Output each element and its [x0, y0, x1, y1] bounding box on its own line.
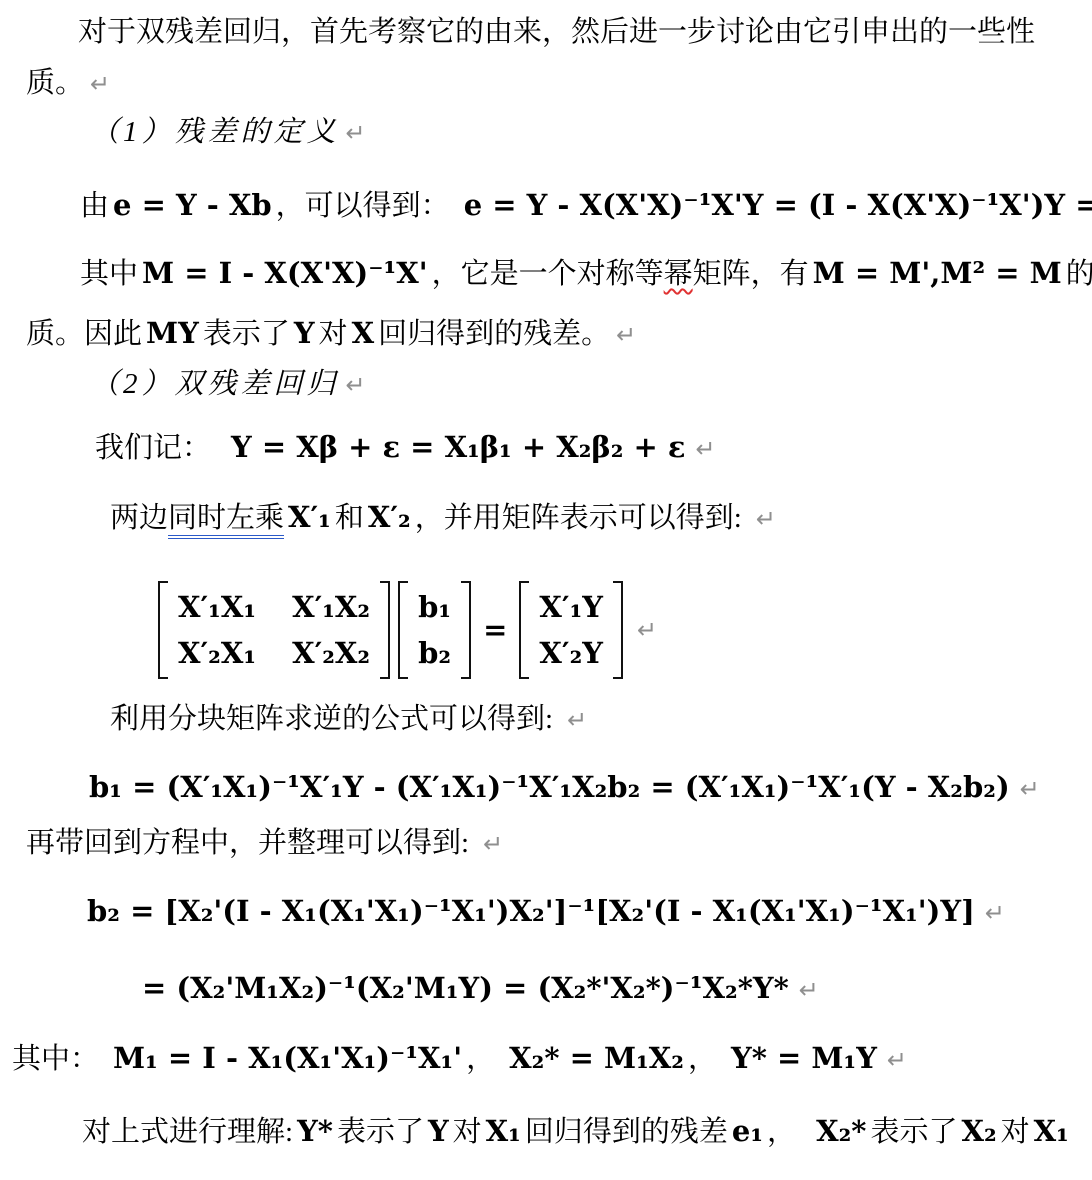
l9-math-2: X′₂	[368, 500, 411, 534]
l4-math-2: e = Y - X(X'X)⁻¹X'Y = (I - X(X'X)⁻¹X')Y …	[464, 188, 1092, 222]
l17-math-2: Y	[428, 1114, 449, 1148]
matrix-cell-a21: X′₂X₁	[178, 637, 256, 669]
l6-math-3: X	[352, 316, 375, 350]
matrix-cell-b1: b₁	[418, 591, 451, 623]
l17-math-3: X₁	[486, 1114, 521, 1148]
l16-pre: 其中：	[12, 1043, 99, 1075]
matrix-rhs-vector: X′₁Y X′₂Y	[519, 581, 623, 679]
l17-text-3: 回归得到的残差	[525, 1116, 728, 1148]
l6-post: 回归得到的残差。	[378, 318, 610, 350]
matrix-cell-a11: X′₁X₁	[178, 591, 256, 623]
matrix-cell-a12: X′₁X₂	[292, 591, 370, 623]
l17-text-6: 对	[1001, 1116, 1030, 1148]
paragraph-mark-icon: ↵	[567, 706, 587, 734]
heading-two-stage-regression: （2）双残差回归↵	[90, 364, 366, 405]
l16-math-3: Y* = M₁Y	[731, 1041, 877, 1075]
matrix-b-vector: b₁ b₂	[398, 581, 471, 679]
formula-b1: b₁ = (X′₁X₁)⁻¹X′₁Y - (X′₁X₁)⁻¹X′₁X₂b₂ = …	[85, 767, 1040, 809]
l6-math-2: Y	[294, 316, 315, 350]
line-substitute-back: 再带回到方程中，并整理可以得到:↵	[26, 823, 503, 864]
l16-math-1: M₁ = I - X₁(X₁'X₁)⁻¹X₁'	[113, 1041, 462, 1075]
intro-text-1: 对于双残差回归，首先考察它的由来，然后进一步讨论由它引申出的一些性	[78, 16, 1035, 48]
l9-post: ，并用矩阵表示可以得到:	[415, 502, 742, 534]
l6-text-1: 表示了	[203, 318, 290, 350]
line-interpretation: 对上式进行理解:Y*表示了Y对X₁回归得到的残差e₁，X₂*表示了X₂对X₁	[82, 1111, 1073, 1152]
paragraph-mark-icon: ↵	[887, 1046, 907, 1074]
paragraph-mark-icon: ↵	[90, 70, 110, 98]
l17-math-7: X₁	[1034, 1114, 1069, 1148]
l9-pre: 两边	[110, 502, 168, 534]
l6-text-2: 对	[319, 318, 348, 350]
matrix-coefficients: X′₁X₁ X′₁X₂ X′₂X₁ X′₂X₂	[158, 581, 390, 679]
heading1-text: （1）残差的定义	[90, 116, 340, 148]
l6-math-1: MY	[146, 316, 199, 350]
line-m-residual: 质。因此MY表示了Y对X回归得到的残差。↵	[26, 313, 636, 355]
paragraph-mark-icon: ↵	[637, 616, 657, 644]
l5-spellcheck-word: 幂	[664, 258, 693, 290]
line-premultiply: 两边同时左乘X′₁和X′₂，并用矩阵表示可以得到:↵	[110, 497, 776, 539]
paragraph-mark-icon: ↵	[616, 321, 636, 349]
line-block-inverse: 利用分块矩阵求逆的公式可以得到:↵	[110, 699, 587, 740]
l5-mid: ，它是一个对称等	[432, 258, 664, 290]
l9-math-1: X′₁	[288, 500, 331, 534]
l13-text: 再带回到方程中，并整理可以得到:	[26, 827, 469, 859]
l17-math-6: X₂	[961, 1114, 996, 1148]
l4-mid: ，可以得到：	[276, 190, 450, 222]
document-page: 对于双残差回归，首先考察它的由来，然后进一步讨论由它引申出的一些性 质。↵ （1…	[0, 0, 1092, 1180]
l17-text-1: 表示了	[337, 1116, 424, 1148]
l5-pre: 其中	[80, 258, 138, 290]
heading2-text: （2）双残差回归	[90, 368, 340, 400]
paragraph-mark-icon: ↵	[346, 119, 366, 147]
l17-text-2: 对	[453, 1116, 482, 1148]
formula-b2: b₂ = [X₂'(I - X₁(X₁'X₁)⁻¹X₁')X₂']⁻¹[X₂'(…	[83, 891, 1005, 933]
formula-residual-derivation: 由e = Y - Xb，可以得到：e = Y - X(X'X)⁻¹X'Y = (…	[80, 185, 1092, 227]
matrix-cell-a22: X′₂X₂	[292, 637, 370, 669]
paragraph-mark-icon: ↵	[799, 976, 819, 1004]
paragraph-mark-icon: ↵	[346, 371, 366, 399]
l5-math-1: M = I - X(X'X)⁻¹X'	[142, 256, 428, 290]
line-definitions: 其中：M₁ = I - X₁(X₁'X₁)⁻¹X₁'，X₂* = M₁X₂，Y*…	[12, 1038, 907, 1080]
intro-text-2: 质。	[26, 67, 84, 99]
l5-mid-2: 矩阵，有	[693, 258, 809, 290]
l5-math-2: M = M',M² = M	[813, 256, 1062, 290]
l17-math-4: e₁	[732, 1114, 763, 1148]
l14-math: b₂ = [X₂'(I - X₁(X₁'X₁)⁻¹X₁')X₂']⁻¹[X₂'(…	[87, 894, 975, 928]
intro-line-1: 对于双残差回归，首先考察它的由来，然后进一步讨论由它引申出的一些性	[78, 12, 1035, 52]
l16-math-2: X₂* = M₁X₂	[509, 1041, 684, 1075]
l12-math: b₁ = (X′₁X₁)⁻¹X′₁Y - (X′₁X₁)⁻¹X′₁X₂b₂ = …	[89, 770, 1010, 804]
l17-math-5: X₂*	[816, 1114, 866, 1148]
l9-grammar-underlined: 同时左乘	[168, 502, 284, 539]
matrix-equals-sign: =	[483, 613, 507, 647]
matrix-cell-r2: X′₂Y	[539, 637, 603, 669]
l17-pre: 对上式进行理解:	[82, 1116, 293, 1148]
l16-comma-2: ，	[688, 1043, 717, 1075]
l8-math: Y = Xβ + ε = X₁β₁ + X₂β₂ + ε	[231, 430, 686, 464]
heading-residual-definition: （1）残差的定义↵	[90, 112, 366, 153]
paragraph-mark-icon: ↵	[696, 435, 716, 463]
formula-b2-continued: = (X₂'M₁X₂)⁻¹(X₂'M₁Y) = (X₂*'X₂*)⁻¹X₂*Y*…	[138, 968, 819, 1010]
l9-mid: 和	[335, 502, 364, 534]
l15-math: = (X₂'M₁X₂)⁻¹(X₂'M₁Y) = (X₂*'X₂*)⁻¹X₂*Y*	[142, 971, 789, 1005]
intro-line-2: 质。↵	[26, 63, 110, 104]
matrix-cell-b2: b₂	[418, 637, 451, 669]
line-m-definition: 其中M = I - X(X'X)⁻¹X'，它是一个对称等幂矩阵，有M = M',…	[80, 253, 1092, 294]
l17-text-5: 表示了	[870, 1116, 957, 1148]
l11-text: 利用分块矩阵求逆的公式可以得到:	[110, 703, 553, 735]
l8-pre: 我们记：	[95, 432, 211, 464]
formula-model: 我们记：Y = Xβ + ε = X₁β₁ + X₂β₂ + ε↵	[95, 427, 716, 469]
matrix-cell-r1: X′₁Y	[539, 591, 603, 623]
l16-comma-1: ，	[466, 1043, 495, 1075]
paragraph-mark-icon: ↵	[1020, 775, 1040, 803]
l4-math-1: e = Y - Xb	[113, 188, 272, 222]
paragraph-mark-icon: ↵	[483, 830, 503, 858]
l5-post: 的性	[1066, 258, 1092, 290]
l17-text-4: ，	[767, 1116, 796, 1148]
l4-pre: 由	[80, 190, 109, 222]
l6-pre: 质。因此	[26, 318, 142, 350]
matrix-equation: X′₁X₁ X′₁X₂ X′₂X₁ X′₂X₂ b₁ b₂ = X′₁Y X′₂…	[158, 578, 657, 682]
paragraph-mark-icon: ↵	[985, 899, 1005, 927]
l17-math-1: Y*	[297, 1114, 333, 1148]
paragraph-mark-icon: ↵	[756, 505, 776, 533]
